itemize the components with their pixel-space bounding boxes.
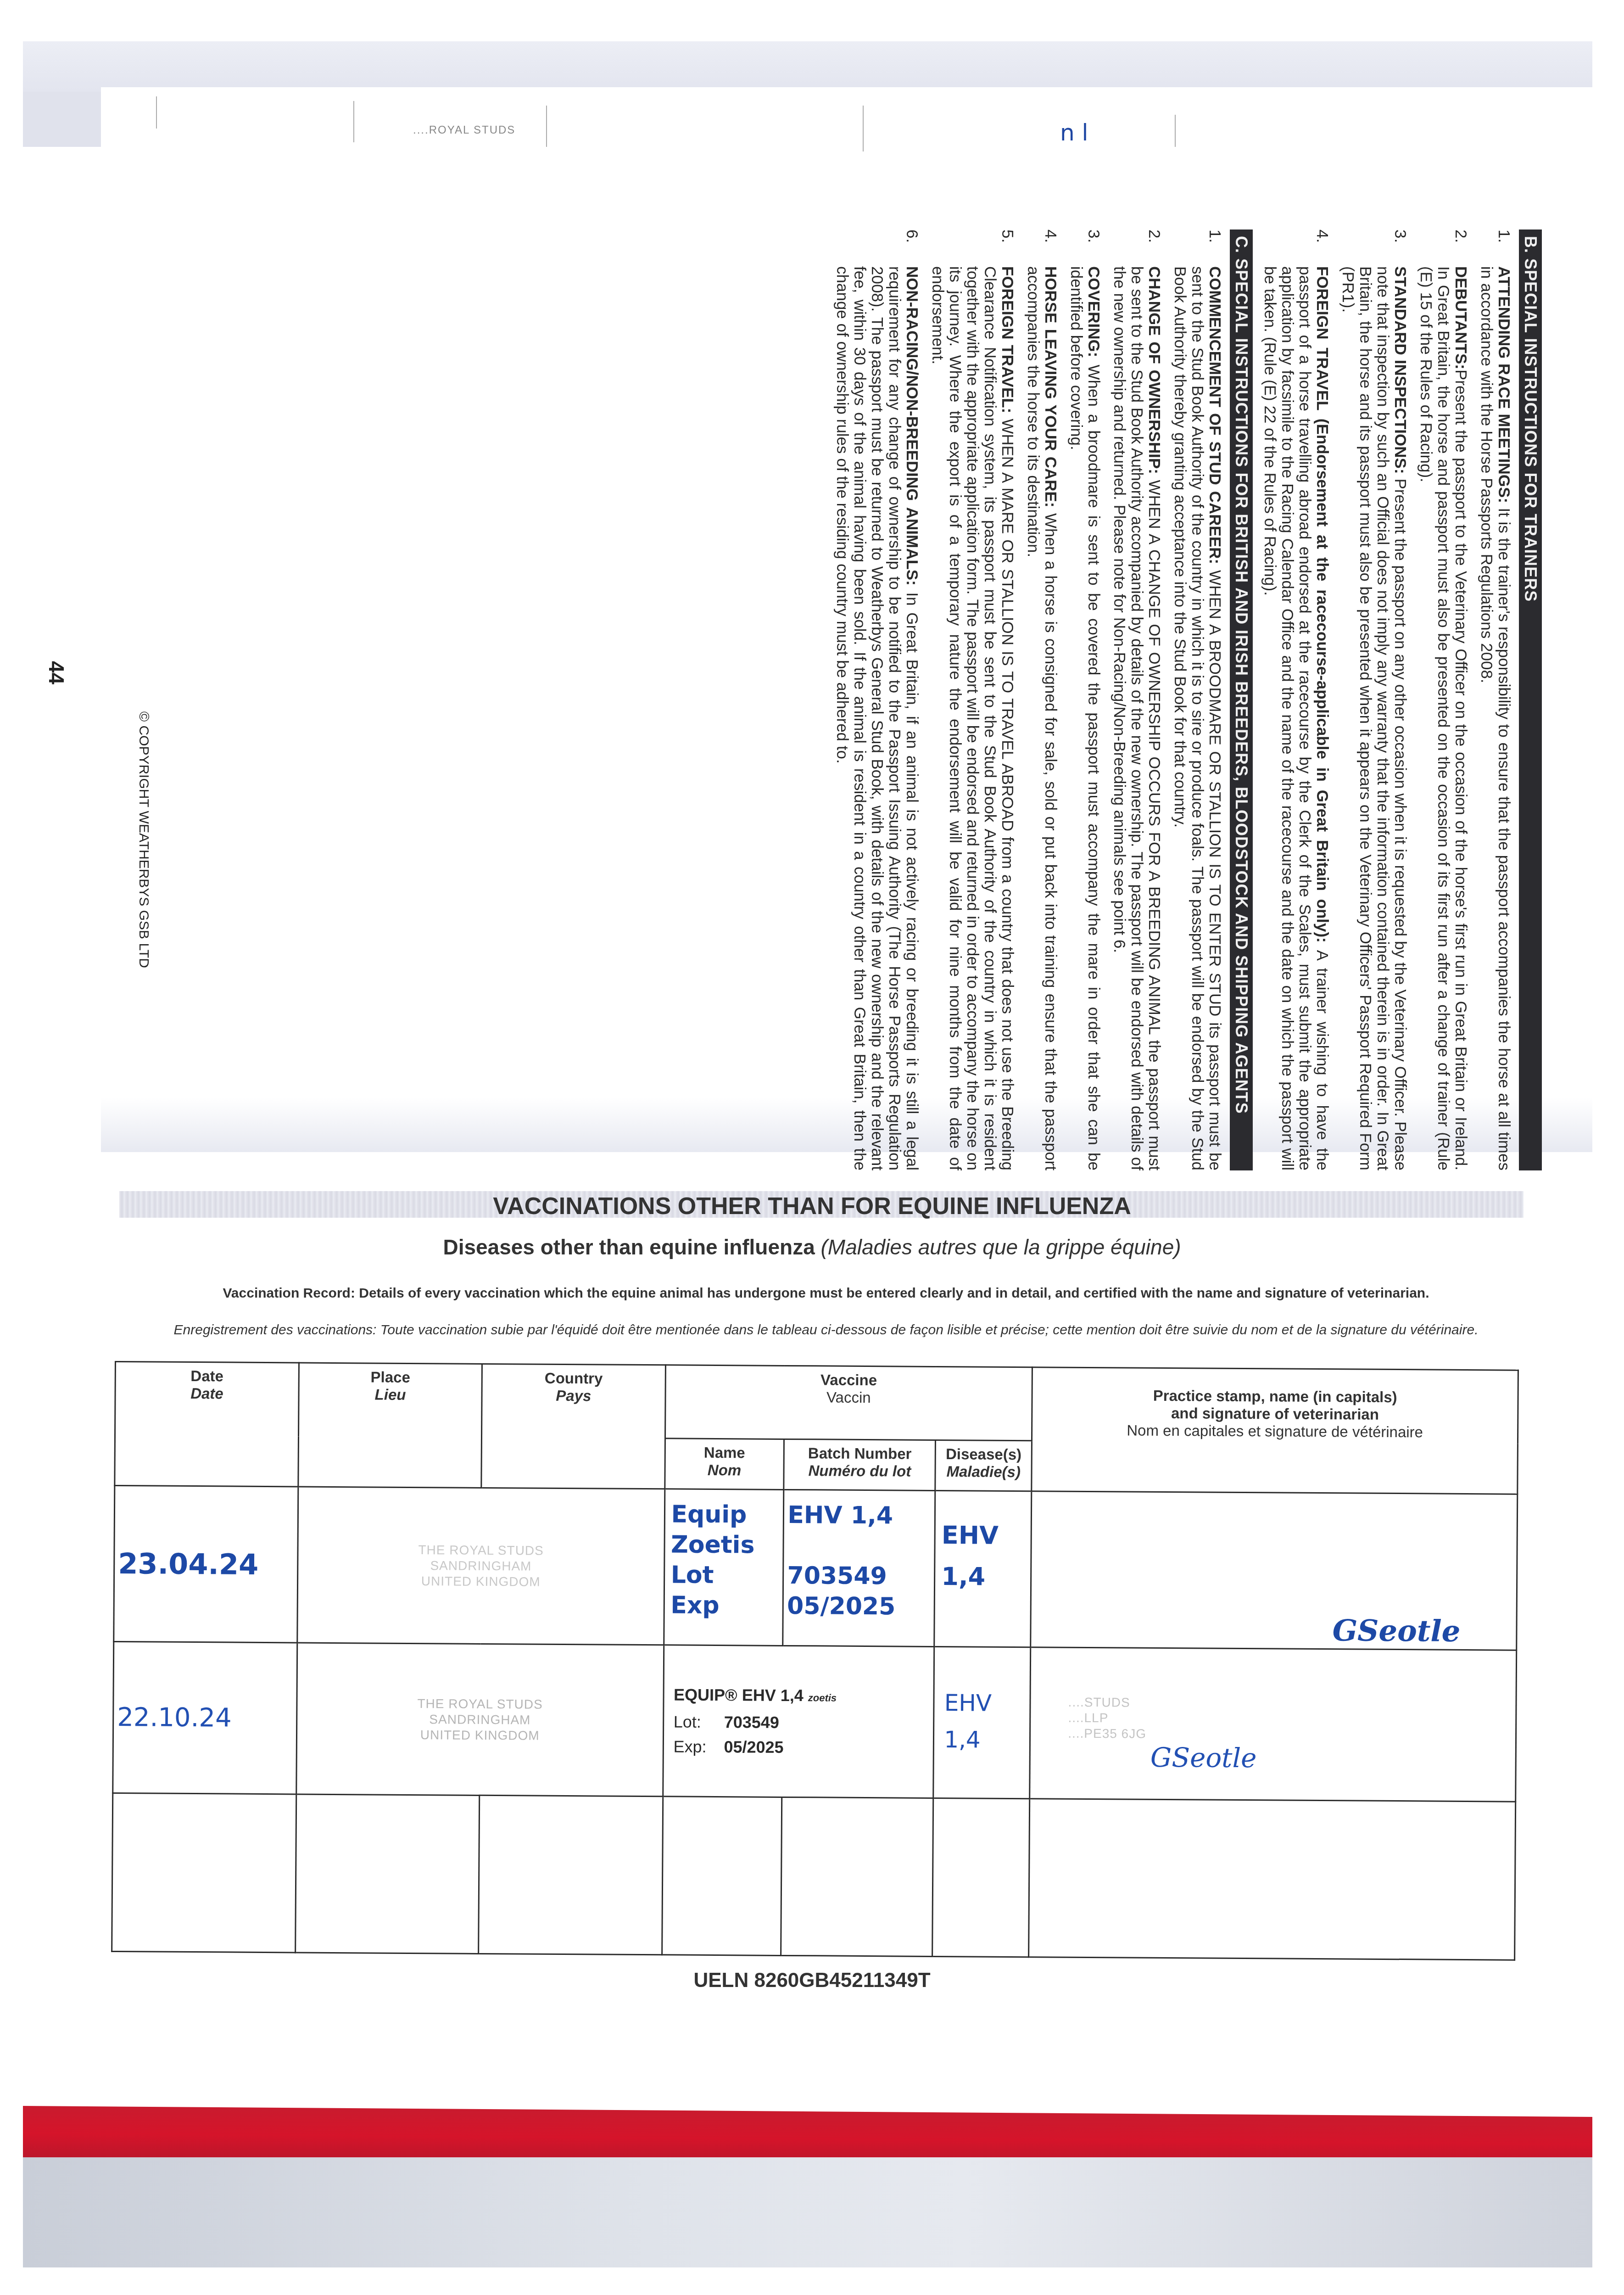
country-cell[interactable] <box>479 1795 663 1954</box>
page-edge-line <box>156 96 157 129</box>
section-c-item-1: 1. COMMENCEMENT OF STUD CAREER: WHEN A B… <box>1171 229 1223 1170</box>
disease-cell[interactable] <box>932 1798 1030 1957</box>
ueln-number: UELN 8260GB45211349T <box>0 1969 1624 1992</box>
place-country-cell: THE ROYAL STUDS SANDRINGHAM UNITED KINGD… <box>296 1643 664 1797</box>
practice-cell: ....STUDS ....LLP ....PE35 6JG GSeotle <box>1030 1647 1517 1802</box>
vaccine-sticker-cell: EQUIP® EHV 1,4 zoetis Lot:703549 Exp:05/… <box>663 1645 934 1798</box>
vaccine-label-sticker: EQUIP® EHV 1,4 zoetis Lot:703549 Exp:05/… <box>664 1682 933 1761</box>
vet-signature: GSeotle <box>1031 1741 1515 1775</box>
vet-signature: GSeotle <box>1332 1613 1515 1649</box>
binder-gray-edge <box>23 2157 1592 2267</box>
section-c-title: C. SPECIAL INSTRUCTIONS FOR BRITISH AND … <box>1230 229 1253 1170</box>
date-cell[interactable] <box>112 1793 296 1952</box>
page-edge-line <box>546 106 547 147</box>
page-edge-line <box>353 101 354 142</box>
section-c-item-3: 3. COVERING: When a broodmare is sent to… <box>1067 229 1102 1170</box>
col-header-place: PlaceLieu <box>298 1363 482 1488</box>
disease-cell: EHV 1,4 <box>934 1490 1032 1647</box>
vaccination-table: DateDate PlaceLieu CountryPays VaccineVa… <box>111 1361 1519 1961</box>
col-header-batch: Batch NumberNuméro du lot <box>784 1439 935 1490</box>
batch-cell[interactable] <box>781 1797 933 1956</box>
form-subtitle: Diseases other than equine influenza (Ma… <box>0 1235 1624 1259</box>
vaccine-name-cell[interactable] <box>662 1797 782 1956</box>
cut-off-handwriting: n l <box>1060 119 1088 146</box>
practice-cell[interactable] <box>1029 1799 1516 1960</box>
section-b-title: B. SPECIAL INSTRUCTIONS FOR TRAINERS <box>1519 229 1542 1170</box>
section-b-item-3: 3. STANDARD INSPECTIONS: Present the pas… <box>1339 229 1409 1170</box>
practice-cell: GSeotle <box>1031 1491 1518 1650</box>
section-c-item-2: 2. CHANGE OF OWNERSHIP: WHEN A CHANGE OF… <box>1111 229 1163 1170</box>
col-header-vaccine: VaccineVaccin <box>665 1365 1032 1441</box>
vaccine-name-cell: Equip Zoetis Lot Exp <box>664 1489 784 1646</box>
place-stamp: THE ROYAL STUDS SANDRINGHAM UNITED KINGD… <box>298 1695 662 1744</box>
vaccination-row-2: 22.10.24 THE ROYAL STUDS SANDRINGHAM UNI… <box>113 1641 1517 1802</box>
section-b-item-4: 4. FOREIGN TRAVEL (Endorsement at the ra… <box>1261 229 1331 1170</box>
col-header-practice: Practice stamp, name (in capitals) and s… <box>1032 1367 1518 1494</box>
record-instructions-fr: Enregistrement des vaccinations: Toute v… <box>128 1322 1524 1338</box>
place-stamp: THE ROYAL STUDS SANDRINGHAM UNITED KINGD… <box>299 1541 663 1590</box>
date-cell: 22.10.24 <box>113 1641 297 1794</box>
vaccination-row-1: 23.04.24 THE ROYAL STUDS SANDRINGHAM UNI… <box>114 1486 1518 1651</box>
cut-off-header: ....ROYAL STUDS <box>413 124 515 137</box>
col-header-country: CountryPays <box>481 1364 665 1489</box>
form-title: VACCINATIONS OTHER THAN FOR EQUINE INFLU… <box>0 1192 1624 1220</box>
section-b-item-1: 1. ATTENDING RACE MEETINGS: It is the tr… <box>1478 229 1512 1170</box>
batch-cell: EHV 1,4 703549 05/2025 <box>783 1489 935 1646</box>
section-c-item-5: 5. FOREIGN TRAVEL: WHEN A MARE OR STALLI… <box>929 229 1016 1170</box>
place-cell[interactable] <box>295 1794 479 1954</box>
col-header-name: NameNom <box>664 1439 784 1490</box>
section-c-item-6: 6. NON-RACING/NON-BREEDING ANIMALS: In G… <box>833 229 921 1170</box>
rotated-text-block: B. SPECIAL INSTRUCTIONS FOR TRAINERS 1. … <box>825 229 1542 1170</box>
rotated-text-region: B. SPECIAL INSTRUCTIONS FOR TRAINERS 1. … <box>610 229 1542 1161</box>
practice-stamp: ....STUDS ....LLP ....PE35 6JG <box>1031 1648 1515 1744</box>
scanner-shadow-corner <box>23 92 101 147</box>
vaccination-row-3-empty <box>112 1793 1516 1960</box>
record-instructions-en: Vaccination Record: Details of every vac… <box>138 1285 1514 1302</box>
section-b-item-2: 2. DEBUTANTS:Present the passport to the… <box>1417 229 1469 1170</box>
copyright-notice: © COPYRIGHT WEATHERBYS GSB LTD <box>136 711 151 968</box>
col-header-date: DateDate <box>115 1362 299 1487</box>
date-cell: 23.04.24 <box>114 1486 298 1643</box>
header-row: DateDate PlaceLieu CountryPays VaccineVa… <box>115 1362 1518 1444</box>
page-edge-line <box>1175 115 1176 147</box>
disease-cell: EHV 1,4 <box>933 1646 1031 1798</box>
place-country-cell: THE ROYAL STUDS SANDRINGHAM UNITED KINGD… <box>297 1487 665 1645</box>
page-number: 44 <box>44 661 69 684</box>
section-c-item-4: 4. HORSE LEAVING YOUR CARE: When a horse… <box>1024 229 1059 1170</box>
col-header-disease: Disease(s)Maladie(s) <box>935 1440 1032 1491</box>
page-edge-line <box>863 106 864 151</box>
